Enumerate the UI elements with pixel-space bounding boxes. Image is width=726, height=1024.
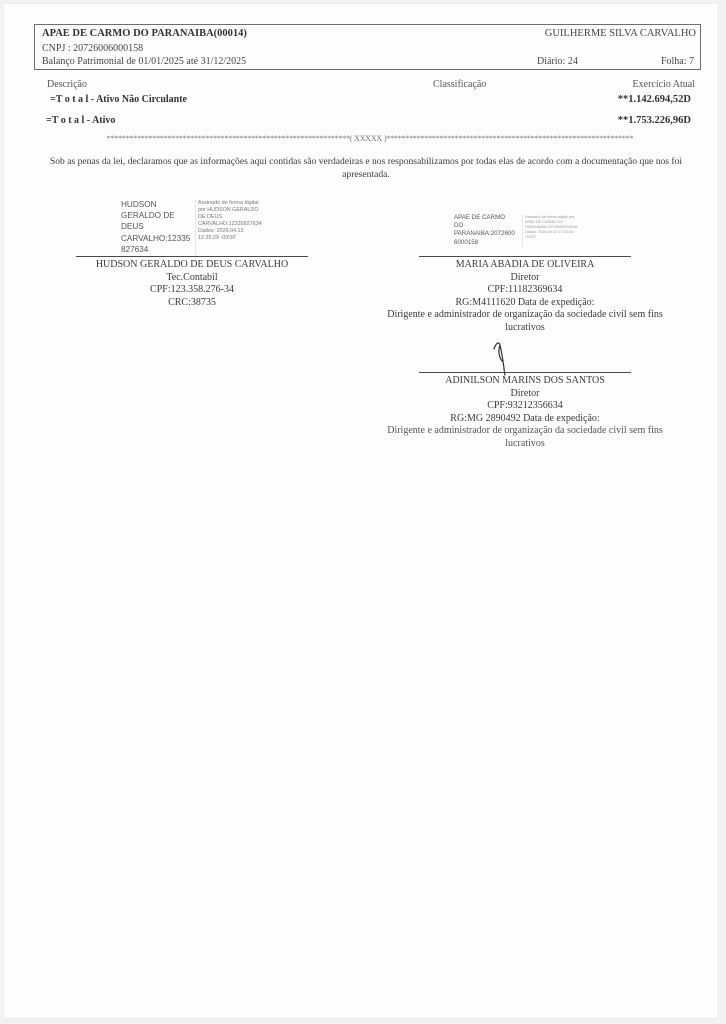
column-header-descricao: Descrição	[47, 79, 87, 90]
signature-block-accountant: HUDSON GERALDO DE DEUS CARVALHO Tec.Cont…	[60, 256, 324, 309]
stamp-signer-name: HUDSON GERALDO DE DEUS CARVALHO:12335 82…	[121, 199, 189, 255]
digital-signature-stamp-director: APAE DE CARMO DO PARANAIBA:2072600 60001…	[454, 214, 577, 247]
signature-line	[419, 372, 631, 373]
signature-block-director-1: MARIA ABADIA DE OLIVEIRA Diretor CPF:111…	[360, 256, 690, 334]
signer-description: Dirigente e administrador de organização…	[375, 309, 675, 334]
signer-description: Dirigente e administrador de organização…	[375, 425, 675, 450]
table-row-label: =T o t a l - Ativo Não Circulante	[50, 94, 187, 105]
report-period: Balanço Patrimonial de 01/01/2025 até 31…	[42, 56, 246, 67]
company-cnpj: CNPJ : 20726006000158	[42, 43, 143, 54]
legal-declaration: Sob as penas da lei, declaramos que as i…	[30, 155, 702, 181]
digital-signature-stamp-accountant: HUDSON GERALDO DE DEUS CARVALHO:12335 82…	[121, 199, 262, 255]
signer-name: HUDSON GERALDO DE DEUS CARVALHO	[60, 259, 324, 272]
folha-number: Folha: 7	[661, 56, 694, 67]
table-row-label: =T o t a l - Ativo	[46, 115, 115, 126]
diario-number: Diário: 24	[537, 56, 578, 67]
signer-role: Diretor	[360, 272, 690, 285]
signer-rg: RG:MG 2890492 Data de expedição:	[360, 413, 690, 426]
signer-rg: RG:M4111620 Data de expedição:	[360, 297, 690, 310]
signature-line	[419, 256, 631, 257]
stamp-details: Assinado de forma digital por APAE DE CA…	[522, 215, 577, 247]
signer-name: MARIA ABADIA DE OLIVEIRA	[360, 259, 690, 272]
column-header-classificacao: Classificação	[433, 79, 486, 90]
report-user: GUILHERME SILVA CARVALHO	[545, 28, 696, 39]
signer-role: Diretor	[360, 388, 690, 401]
report-header: APAE DE CARMO DO PARANAIBA(00014) CNPJ :…	[34, 24, 701, 70]
signer-crc: CRC:38735	[60, 297, 324, 310]
signer-cpf: CPF:123.358.276-34	[60, 284, 324, 297]
signature-block-director-2: ADINILSON MARINS DOS SANTOS Diretor CPF:…	[360, 372, 690, 450]
signer-role: Tec.Contabil	[60, 272, 324, 285]
separator-line: ****************************************…	[60, 134, 680, 143]
table-row-value: **1.753.226,96D	[618, 115, 691, 126]
company-name: APAE DE CARMO DO PARANAIBA(00014)	[42, 28, 247, 39]
signer-cpf: CPF:93212356634	[360, 400, 690, 413]
signature-line	[76, 256, 308, 257]
signer-cpf: CPF:11182369634	[360, 284, 690, 297]
column-header-exercicio-atual: Exercício Atual	[633, 79, 695, 90]
table-row-value: **1.142.694,52D	[618, 94, 691, 105]
stamp-details: Assinado de forma digital por HUDSON GER…	[195, 200, 262, 255]
signer-name: ADINILSON MARINS DOS SANTOS	[360, 375, 690, 388]
stamp-signer-name: APAE DE CARMO DO PARANAIBA:2072600 60001…	[454, 214, 516, 247]
